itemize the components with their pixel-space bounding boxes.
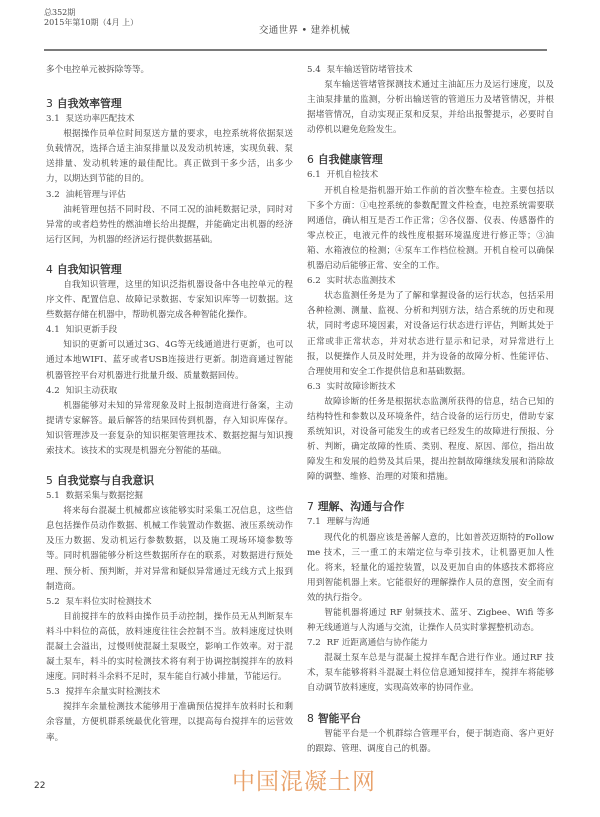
paragraph: 搅拌车余量检测技术能够用于准确预估搅拌车放料时长和剩余容量，方便机群系统最优化管… bbox=[46, 700, 293, 745]
left-column: 多个电控单元被拆除等等。 3自我效率管理 3.1泵送功率匹配技术 根据操作员单位… bbox=[46, 63, 293, 746]
section-heading: 7理解、沟通与合作 bbox=[307, 499, 554, 514]
journal-title: 交通世界 • 建养机械 bbox=[259, 22, 350, 36]
paragraph: 多个电控单元被拆除等等。 bbox=[46, 63, 293, 78]
paragraph: 现代化的机器应该是善解人意的，比如普茨迈斯特的Follow me 技术，三一重工… bbox=[307, 531, 554, 606]
issue-total: 总352期 bbox=[44, 8, 474, 18]
paragraph: 智能平台是一个机群综合管理平台，便于制造商、客户更好的跟踪、管理、调度自己的机器… bbox=[307, 727, 554, 757]
subsection-heading: 3.2油耗管理与评估 bbox=[46, 188, 293, 203]
paragraph: 目前搅拌车的放料由操作员手动控制，操作员无从判断泵车料斗中料位的高低，放料速度往… bbox=[46, 610, 293, 685]
subsection-heading: 3.1泵送功率匹配技术 bbox=[46, 112, 293, 127]
subsection-heading: 6.3实时故障诊断技术 bbox=[307, 380, 554, 395]
subsection-heading: 4.2知识主动获取 bbox=[46, 384, 293, 399]
watermark: 中国混凝土网 bbox=[232, 763, 376, 796]
header-divider bbox=[44, 49, 547, 51]
subsection-heading: 6.2实时状态监测技术 bbox=[307, 274, 554, 289]
paragraph: 机器能够对未知的异常现象及时上报制造商进行备案，主动提请专家解答。最后解答的结果… bbox=[46, 399, 293, 459]
page-number: 22 bbox=[34, 781, 45, 791]
paragraph: 状态监测任务是为了了解和掌握设备的运行状态，包括采用各种检测、测量、监视、分析和… bbox=[307, 289, 554, 380]
subsection-heading: 5.2泵车料位实时检测技术 bbox=[46, 595, 293, 610]
paragraph: 开机自检是指机器开始工作前的首次整车检查。主要包括以下多个方面：①电控系统的参数… bbox=[307, 184, 554, 275]
paragraph: 自我知识管理，这里的知识泛指机器设备中各电控单元的程序文件、配置信息、故障记录数… bbox=[46, 278, 293, 323]
section-heading: 4自我知识管理 bbox=[46, 262, 293, 277]
section-heading: 3自我效率管理 bbox=[46, 96, 293, 111]
paragraph: 混凝土泵车总是与混凝土搅拌车配合进行作业。通过RF 技术，泵车能够将料斗混凝土料… bbox=[307, 651, 554, 696]
subsection-heading: 7.1理解与沟通 bbox=[307, 515, 554, 530]
subsection-heading: 7.2RF 近距离通信与协作能力 bbox=[307, 636, 554, 651]
subsection-heading: 5.4泵车输送管防堵管技术 bbox=[307, 63, 554, 78]
section-heading: 6自我健康管理 bbox=[307, 152, 554, 167]
paragraph: 故障诊断的任务是根据状态监测所获得的信息，结合已知的结构特性和参数以及环境条件，… bbox=[307, 395, 554, 486]
subsection-heading: 5.1数据采集与数据挖掘 bbox=[46, 489, 293, 504]
subsection-heading: 4.1知识更新手段 bbox=[46, 323, 293, 338]
right-column: 5.4泵车输送管防堵管技术 泵车输送管堵管探测技术通过主油缸压力及运行速度，以及… bbox=[307, 63, 554, 757]
paragraph: 将来每台混凝土机械都应该能够实时采集工况信息，这些信息包括操作员动作数据、机械工… bbox=[46, 504, 293, 595]
subsection-heading: 5.3搅拌车余量实时检测技术 bbox=[46, 685, 293, 700]
paragraph: 根据操作员单位时间泵送方量的要求，电控系统将依据泵送负载情况，选择合适主油泵排量… bbox=[46, 127, 293, 187]
section-heading: 5自我觉察与自我意识 bbox=[46, 473, 293, 488]
paragraph: 智能机器将通过 RF 射频技术、蓝牙、Zigbee、Wifi 等多种无线通道与人… bbox=[307, 606, 554, 636]
section-heading: 8智能平台 bbox=[307, 711, 554, 726]
page-header: 总352期 2015年第10期（4月 上） 交通世界 • 建养机械 bbox=[44, 8, 474, 48]
subsection-heading: 6.1开机自检技术 bbox=[307, 168, 554, 183]
paragraph: 泵车输送管堵管探测技术通过主油缸压力及运行速度，以及主油泵排量的监测，分析出输送… bbox=[307, 78, 554, 138]
paragraph: 知识的更新可以通过3G、4G等无线通道进行更新，也可以通过本地WIFI、蓝牙或者… bbox=[46, 338, 293, 383]
paragraph: 油耗管理包括不同时段、不同工况的油耗数据记录，同时对异常的或者趋势性的燃油增长给… bbox=[46, 203, 293, 248]
